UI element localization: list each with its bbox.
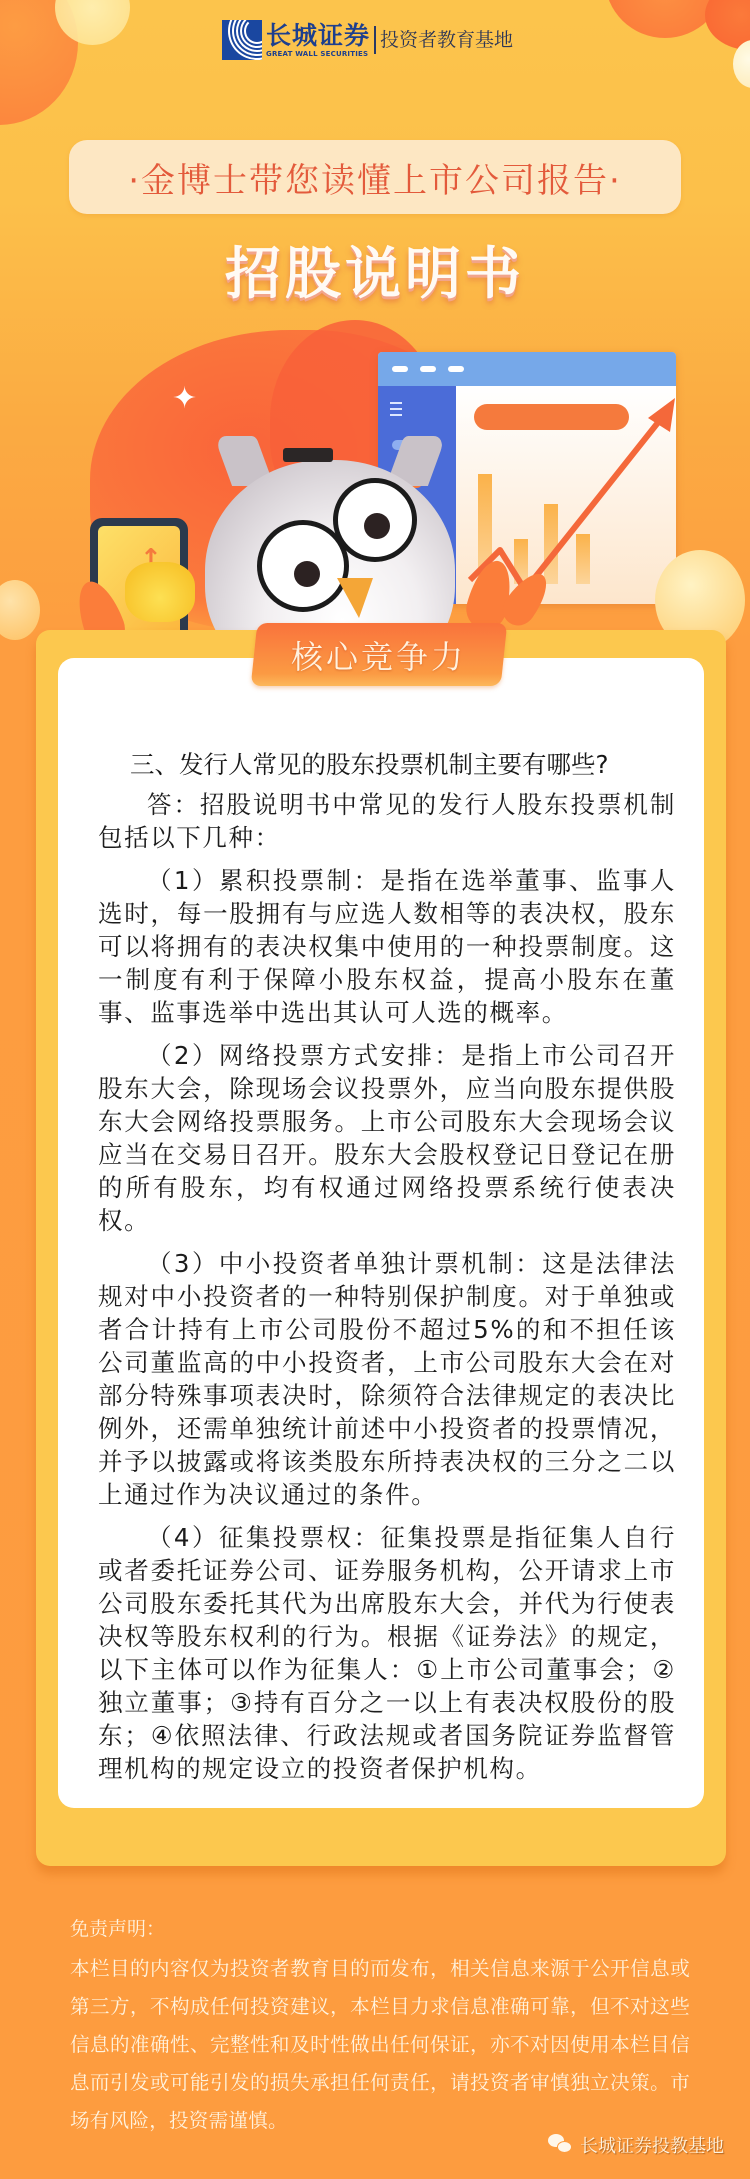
owl-beak bbox=[337, 578, 373, 618]
disclaimer: 免责声明： 本栏目的内容仅为投资者教育目的而发布，相关信息来源于公开信息或第三方… bbox=[70, 1914, 690, 2140]
brand-name-en: GREAT WALL SECURITIES bbox=[266, 50, 370, 59]
wechat-account-watermark: 长城证券投教基地 bbox=[548, 2130, 724, 2160]
content-card: 三、发行人常见的股东投票机制主要有哪些? 答：招股说明书中常见的发行人股东投票机… bbox=[36, 630, 726, 1866]
article-content: 三、发行人常见的股东投票机制主要有哪些? 答：招股说明书中常见的发行人股东投票机… bbox=[98, 748, 676, 1795]
decor-egg bbox=[0, 580, 40, 640]
coins-icon bbox=[125, 562, 195, 622]
sparkle-icon: ✦ bbox=[172, 384, 197, 414]
brand-header: 长城证券 GREAT WALL SECURITIES 投资者教育基地 bbox=[222, 20, 513, 60]
wechat-icon bbox=[548, 2134, 574, 2156]
page: 长城证券 GREAT WALL SECURITIES 投资者教育基地 ·金博士带… bbox=[0, 0, 750, 2179]
disclaimer-body: 本栏目的内容仅为投资者教育目的而发布，相关信息来源于公开信息或第三方，不构成任何… bbox=[70, 1950, 690, 2140]
answer-intro: 答：招股说明书中常见的发行人股东投票机制包括以下几种： bbox=[98, 788, 676, 854]
brand-subtitle: 投资者教育基地 bbox=[380, 26, 513, 54]
answer-item-2: （2）网络投票方式安排：是指上市公司召开股东大会，除现场会议投票外，应当向股东提… bbox=[98, 1039, 676, 1237]
account-name: 长城证券投教基地 bbox=[580, 2132, 724, 2158]
divider bbox=[374, 26, 376, 54]
brand-name-cn: 长城证券 bbox=[266, 22, 370, 50]
hero-illustration: ✦ ✦ bbox=[0, 300, 750, 630]
answer-item-3: （3）中小投资者单独计票机制：这是法律法规对中小投资者的一种特别保护制度。对于单… bbox=[98, 1247, 676, 1511]
section-badge-label: 核心竞争力 bbox=[291, 632, 466, 678]
great-wall-logo-icon bbox=[222, 20, 262, 60]
page-title: 招股说明书 bbox=[0, 230, 750, 310]
content-card-body: 三、发行人常见的股东投票机制主要有哪些? 答：招股说明书中常见的发行人股东投票机… bbox=[58, 658, 704, 1808]
disclaimer-title: 免责声明： bbox=[70, 1914, 690, 1944]
answer-item-4: （4）征集投票权：征集投票是指征集人自行或者委托证券公司、证券服务机构，公开请求… bbox=[98, 1521, 676, 1785]
series-title: ·金博士带您读懂上市公司报告· bbox=[128, 153, 622, 202]
section-badge: 核心竞争力 bbox=[251, 623, 508, 686]
answer-item-1: （1）累积投票制：是指在选举董事、监事人选时，每一股拥有与应选人数相等的表决权，… bbox=[98, 864, 676, 1029]
graduation-cap-icon bbox=[283, 448, 333, 462]
question-title: 三、发行人常见的股东投票机制主要有哪些? bbox=[130, 748, 676, 782]
series-title-pill: ·金博士带您读懂上市公司报告· bbox=[69, 140, 681, 214]
